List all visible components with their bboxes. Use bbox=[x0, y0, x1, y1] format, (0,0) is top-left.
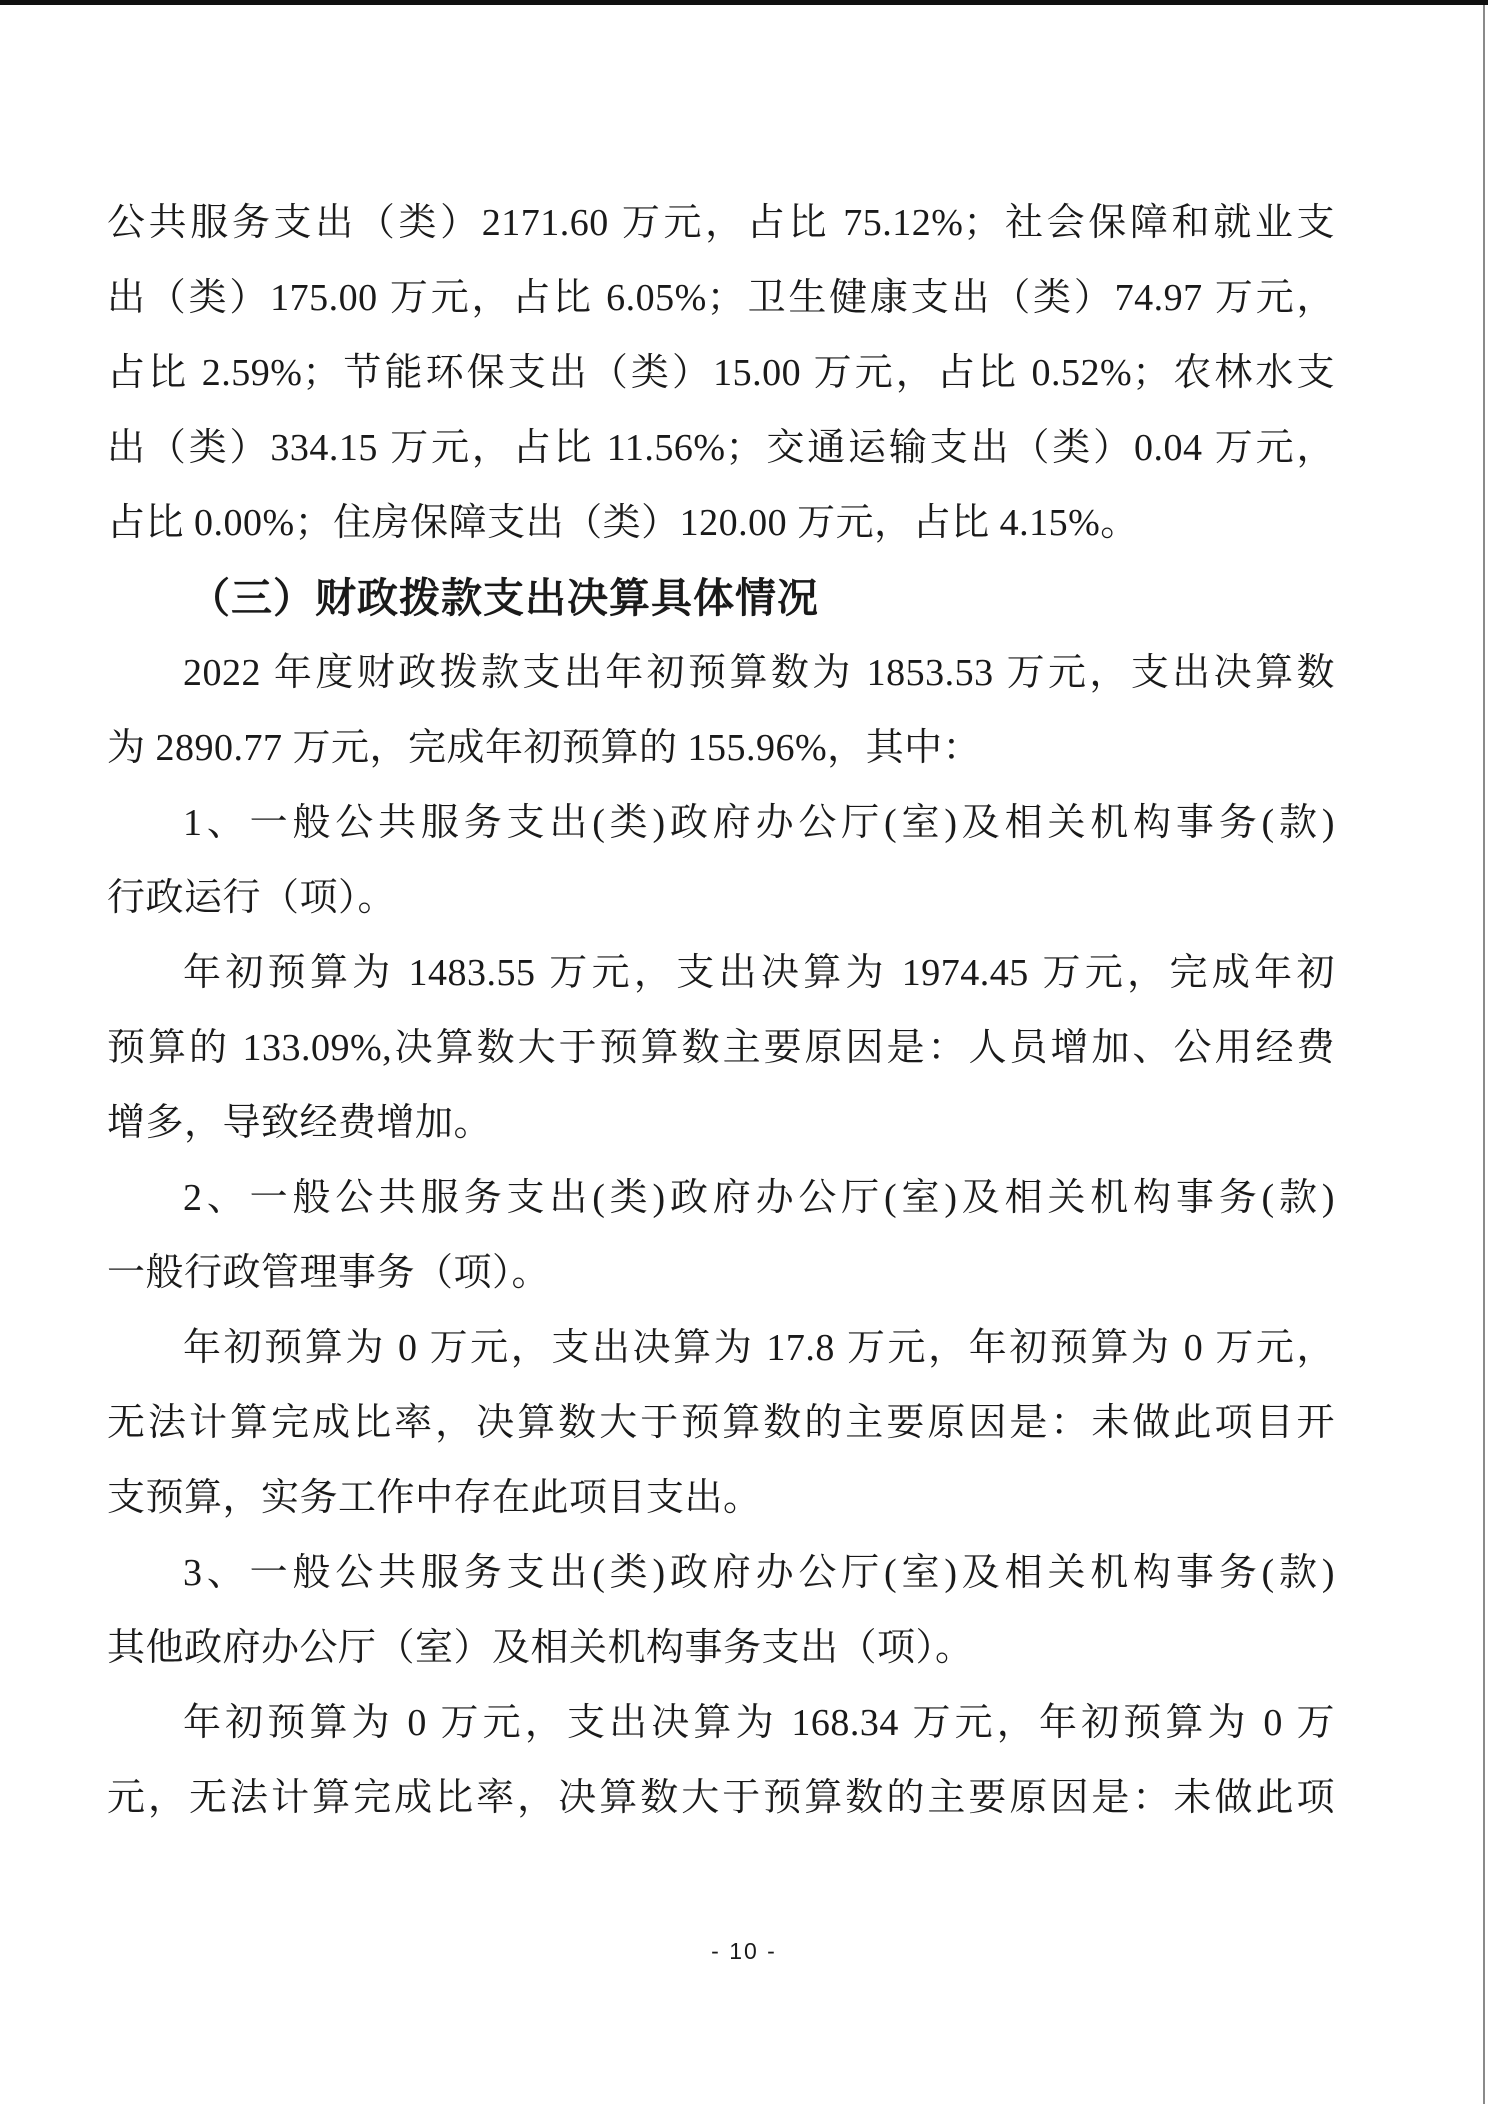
text-line: 公共服务支出（类）2171.60 万元，占比 75.12%；社会保障和就业支 bbox=[107, 186, 1335, 261]
text-line: 出（类）175.00 万元，占比 6.05%；卫生健康支出（类）74.97 万元… bbox=[107, 261, 1335, 336]
text-line: 1、一般公共服务支出(类)政府办公厅(室)及相关机构事务(款) bbox=[107, 786, 1335, 861]
page-number: - 10 - bbox=[0, 1938, 1488, 1965]
text-line: 3、一般公共服务支出(类)政府办公厅(室)及相关机构事务(款) bbox=[107, 1536, 1335, 1611]
text-line: 预算的 133.09%,决算数大于预算数主要原因是：人员增加、公用经费 bbox=[107, 1011, 1335, 1086]
text-line: 占比 2.59%；节能环保支出（类）15.00 万元，占比 0.52%；农林水支 bbox=[107, 336, 1335, 411]
item-3-title: 3、一般公共服务支出(类)政府办公厅(室)及相关机构事务(款)其他政府办公厅（室… bbox=[107, 1536, 1335, 1686]
text-line: 占比 0.00%；住房保障支出（类）120.00 万元，占比 4.15%。 bbox=[107, 486, 1335, 561]
scan-edge-top bbox=[0, 0, 1488, 5]
text-line: 增多，导致经费增加。 bbox=[107, 1086, 1335, 1161]
text-line: 支预算，实务工作中存在此项目支出。 bbox=[107, 1461, 1335, 1536]
text-line: 年初预算为 1483.55 万元，支出决算为 1974.45 万元，完成年初 bbox=[107, 936, 1335, 1011]
item-1-detail: 年初预算为 1483.55 万元，支出决算为 1974.45 万元，完成年初预算… bbox=[107, 936, 1335, 1161]
item-1-title: 1、一般公共服务支出(类)政府办公厅(室)及相关机构事务(款)行政运行（项）。 bbox=[107, 786, 1335, 936]
text-line: 行政运行（项）。 bbox=[107, 861, 1335, 936]
text-line: 2022 年度财政拨款支出年初预算数为 1853.53 万元，支出决算数 bbox=[107, 636, 1335, 711]
text-line: 元，无法计算完成比率，决算数大于预算数的主要原因是：未做此项 bbox=[107, 1761, 1335, 1836]
document-page: 公共服务支出（类）2171.60 万元，占比 75.12%；社会保障和就业支出（… bbox=[0, 0, 1488, 2104]
text-line: 无法计算完成比率，决算数大于预算数的主要原因是：未做此项目开 bbox=[107, 1386, 1335, 1461]
para-annual-budget-summary: 2022 年度财政拨款支出年初预算数为 1853.53 万元，支出决算数为 28… bbox=[107, 636, 1335, 786]
item-2-title: 2、一般公共服务支出(类)政府办公厅(室)及相关机构事务(款)一般行政管理事务（… bbox=[107, 1161, 1335, 1311]
text-line: 一般行政管理事务（项）。 bbox=[107, 1236, 1335, 1311]
item-3-detail: 年初预算为 0 万元，支出决算为 168.34 万元，年初预算为 0 万元，无法… bbox=[107, 1686, 1335, 1836]
text-line: 出（类）334.15 万元，占比 11.56%；交通运输支出（类）0.04 万元… bbox=[107, 411, 1335, 486]
text-line: 其他政府办公厅（室）及相关机构事务支出（项）。 bbox=[107, 1611, 1335, 1686]
text-line: 年初预算为 0 万元，支出决算为 17.8 万元，年初预算为 0 万元， bbox=[107, 1311, 1335, 1386]
document-content: 公共服务支出（类）2171.60 万元，占比 75.12%；社会保障和就业支出（… bbox=[107, 186, 1335, 1836]
scan-edge-right bbox=[1483, 5, 1485, 2104]
text-line: （三）财政拨款支出决算具体情况 bbox=[107, 561, 1335, 636]
para-expenditure-breakdown: 公共服务支出（类）2171.60 万元，占比 75.12%；社会保障和就业支出（… bbox=[107, 186, 1335, 561]
text-line: 2、一般公共服务支出(类)政府办公厅(室)及相关机构事务(款) bbox=[107, 1161, 1335, 1236]
item-2-detail: 年初预算为 0 万元，支出决算为 17.8 万元，年初预算为 0 万元，无法计算… bbox=[107, 1311, 1335, 1536]
text-line: 为 2890.77 万元，完成年初预算的 155.96%，其中： bbox=[107, 711, 1335, 786]
heading-section-three: （三）财政拨款支出决算具体情况 bbox=[107, 561, 1335, 636]
text-line: 年初预算为 0 万元，支出决算为 168.34 万元，年初预算为 0 万 bbox=[107, 1686, 1335, 1761]
